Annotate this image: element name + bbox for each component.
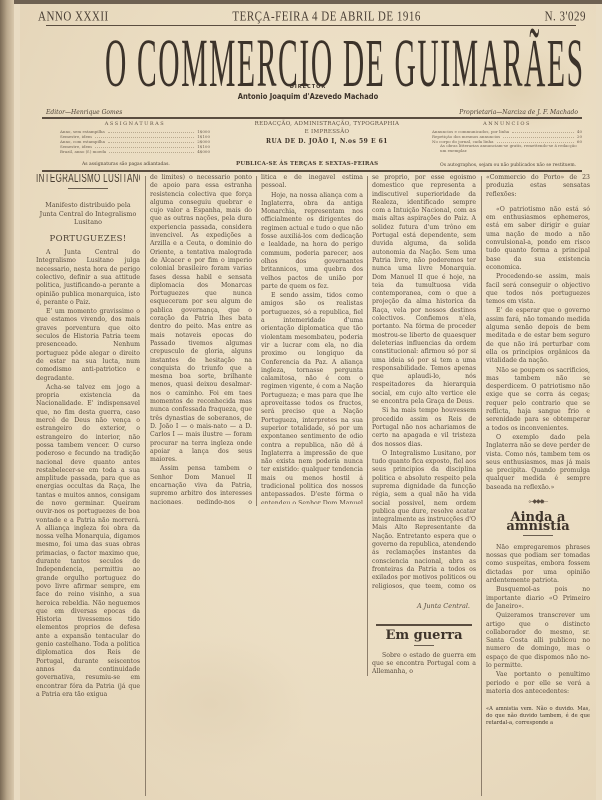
paragraph: Não empregaremos phrases nossas que podi… [486, 544, 590, 585]
ads-footnote: Os autographos, sejam ou não publicados … [440, 163, 576, 168]
paragraph: Quizeramos transcrever um artigo que o d… [486, 612, 590, 670]
section-rule [376, 624, 472, 626]
paragraph: Procedendo-se assim, mais facil será con… [486, 273, 590, 306]
ads-box: ANNUNCIOS Annuncios e communicados, por … [432, 121, 582, 159]
headline-rule [523, 535, 553, 536]
article-signature: A Junta Central. [372, 602, 470, 610]
paragraph: Vae portanto o penultimo periodo e por e… [486, 671, 590, 696]
headline-integralismo: INTEGRALISMO LUSITANO [36, 174, 139, 182]
article-dedication: Manifesto distribuido pela Junta Central… [36, 201, 140, 227]
masthead-rule [42, 117, 582, 119]
office-box: REDACÇÃO, ADMINISTRAÇÃO, TYPOGRAPHIA E I… [242, 121, 412, 159]
paragraph: Assim pensa tambem o Senhor Dom Manuel I… [150, 465, 252, 504]
paragraph: se proprio, por esse egoismo domestico q… [372, 174, 476, 406]
director-label: DIRECTOR [20, 84, 596, 90]
column-5: «Commercio do Porto» de 23 produzia esta… [486, 174, 590, 800]
paragraph: E' de esperar que o governo assim fará, … [486, 307, 590, 365]
subscriptions-box: ASSIGNATURAS Anno, sem estampilha1$000 S… [60, 121, 210, 159]
office-address: RUA DE D. JOÃO I, N.os 59 E 61 [242, 138, 412, 145]
column-3: litica e de inegavel estima pessoal. Hoj… [261, 174, 363, 504]
binding-edge [0, 0, 14, 800]
subscriptions-title: ASSIGNATURAS [60, 121, 210, 127]
publication-schedule: PUBLICA-SE ÁS TERÇAS E SEXTAS-FEIRAS [236, 161, 378, 167]
ad-note: As obras litterarias annunciam-se gratis… [432, 144, 582, 153]
headline-em-guerra: Em guerra [372, 632, 476, 640]
paragraph: E sendo assim, tidos como amigos são os … [261, 292, 363, 504]
info-band: ASSIGNATURAS Anno, sem estampilha1$000 S… [42, 121, 590, 159]
ornament-divider: ⟜◆◆◆⟝ [486, 498, 590, 506]
header-bottom-rule [42, 170, 582, 172]
paragraph: «O patriotismo não está só em enthusiasm… [486, 206, 590, 272]
column-1: INTEGRALISMO LUSITANO Manifesto distribu… [36, 174, 140, 800]
column-2: de limites) o necessario ponto de apoio … [150, 174, 252, 504]
headline-rule [68, 188, 108, 189]
office-line-1: REDACÇÃO, ADMINISTRAÇÃO, TYPOGRAPHIA [242, 121, 412, 127]
owner-credit: Proprietaria—Narciza de J. F. Machado [459, 109, 578, 116]
paragraph: A Junta Central do Integralismo Lusitano… [36, 249, 140, 307]
headline-ainda-a-amnistia: Ainda a amnistia [486, 514, 590, 531]
newspaper-page: ANNO XXXII TERÇA-FEIRA 4 DE ABRIL DE 191… [20, 4, 596, 800]
subscriptions-footnote: As assignaturas são pagas adiantadas. [82, 162, 170, 167]
paragraph: O exemplo dado pela Inglaterra não se de… [486, 434, 590, 492]
salutation: PORTUGUEZES! [36, 235, 140, 243]
paragraph: Não se poupem os sacrificios, mas tambem… [486, 367, 590, 433]
paragraph: Si ha mais tempo houvessem procedido ass… [372, 407, 476, 448]
masthead-title: O COMMERCIO DE GUIMARÃES [105, 4, 515, 122]
ads-title: ANNUNCIOS [432, 121, 582, 127]
paragraph: Hoje, na nossa aliança com a Inglaterra,… [261, 192, 363, 292]
paragraph: Sobre o estado de guerra em que se encon… [372, 652, 476, 677]
paragraph: E' um momento gravissimo o que estamos v… [36, 308, 140, 383]
paragraph: Busquemol-as pois no importante diario «… [486, 586, 590, 611]
paragraph: «Commercio do Porto» de 23 produzia esta… [486, 174, 590, 199]
column-divider [367, 176, 368, 676]
subscription-row: Brazil, anno (f.) moeda4$000 [60, 149, 210, 154]
column-divider [256, 176, 257, 506]
column-4: se proprio, por esse egoismo domestico q… [372, 174, 476, 800]
article-columns: INTEGRALISMO LUSITANO Manifesto distribu… [36, 174, 594, 800]
paragraph: de limites) o necessario ponto de apoio … [150, 174, 252, 464]
year-label: ANNO XXXII [38, 9, 109, 24]
director-name: Antonio Joaquim d'Azevedo Machado [20, 92, 596, 101]
issue-number: N. 3'029 [545, 9, 586, 24]
column-divider [145, 176, 146, 796]
headline-rule [414, 645, 434, 646]
paragraph: litica e de inegavel estima pessoal. [261, 174, 363, 191]
paragraph: Acha-se talvez em jogo a propria existen… [36, 384, 140, 699]
quoted-excerpt: «A amnistia vem. Não o duvido. Mas, do q… [486, 706, 590, 727]
editor-credit: Editor—Henrique Gomes [46, 109, 122, 116]
paragraph: O Integralismo Lusitano, por tudo quanto… [372, 450, 476, 590]
office-line-2: E IMPRESSÃO [242, 129, 412, 135]
column-divider [481, 176, 482, 796]
